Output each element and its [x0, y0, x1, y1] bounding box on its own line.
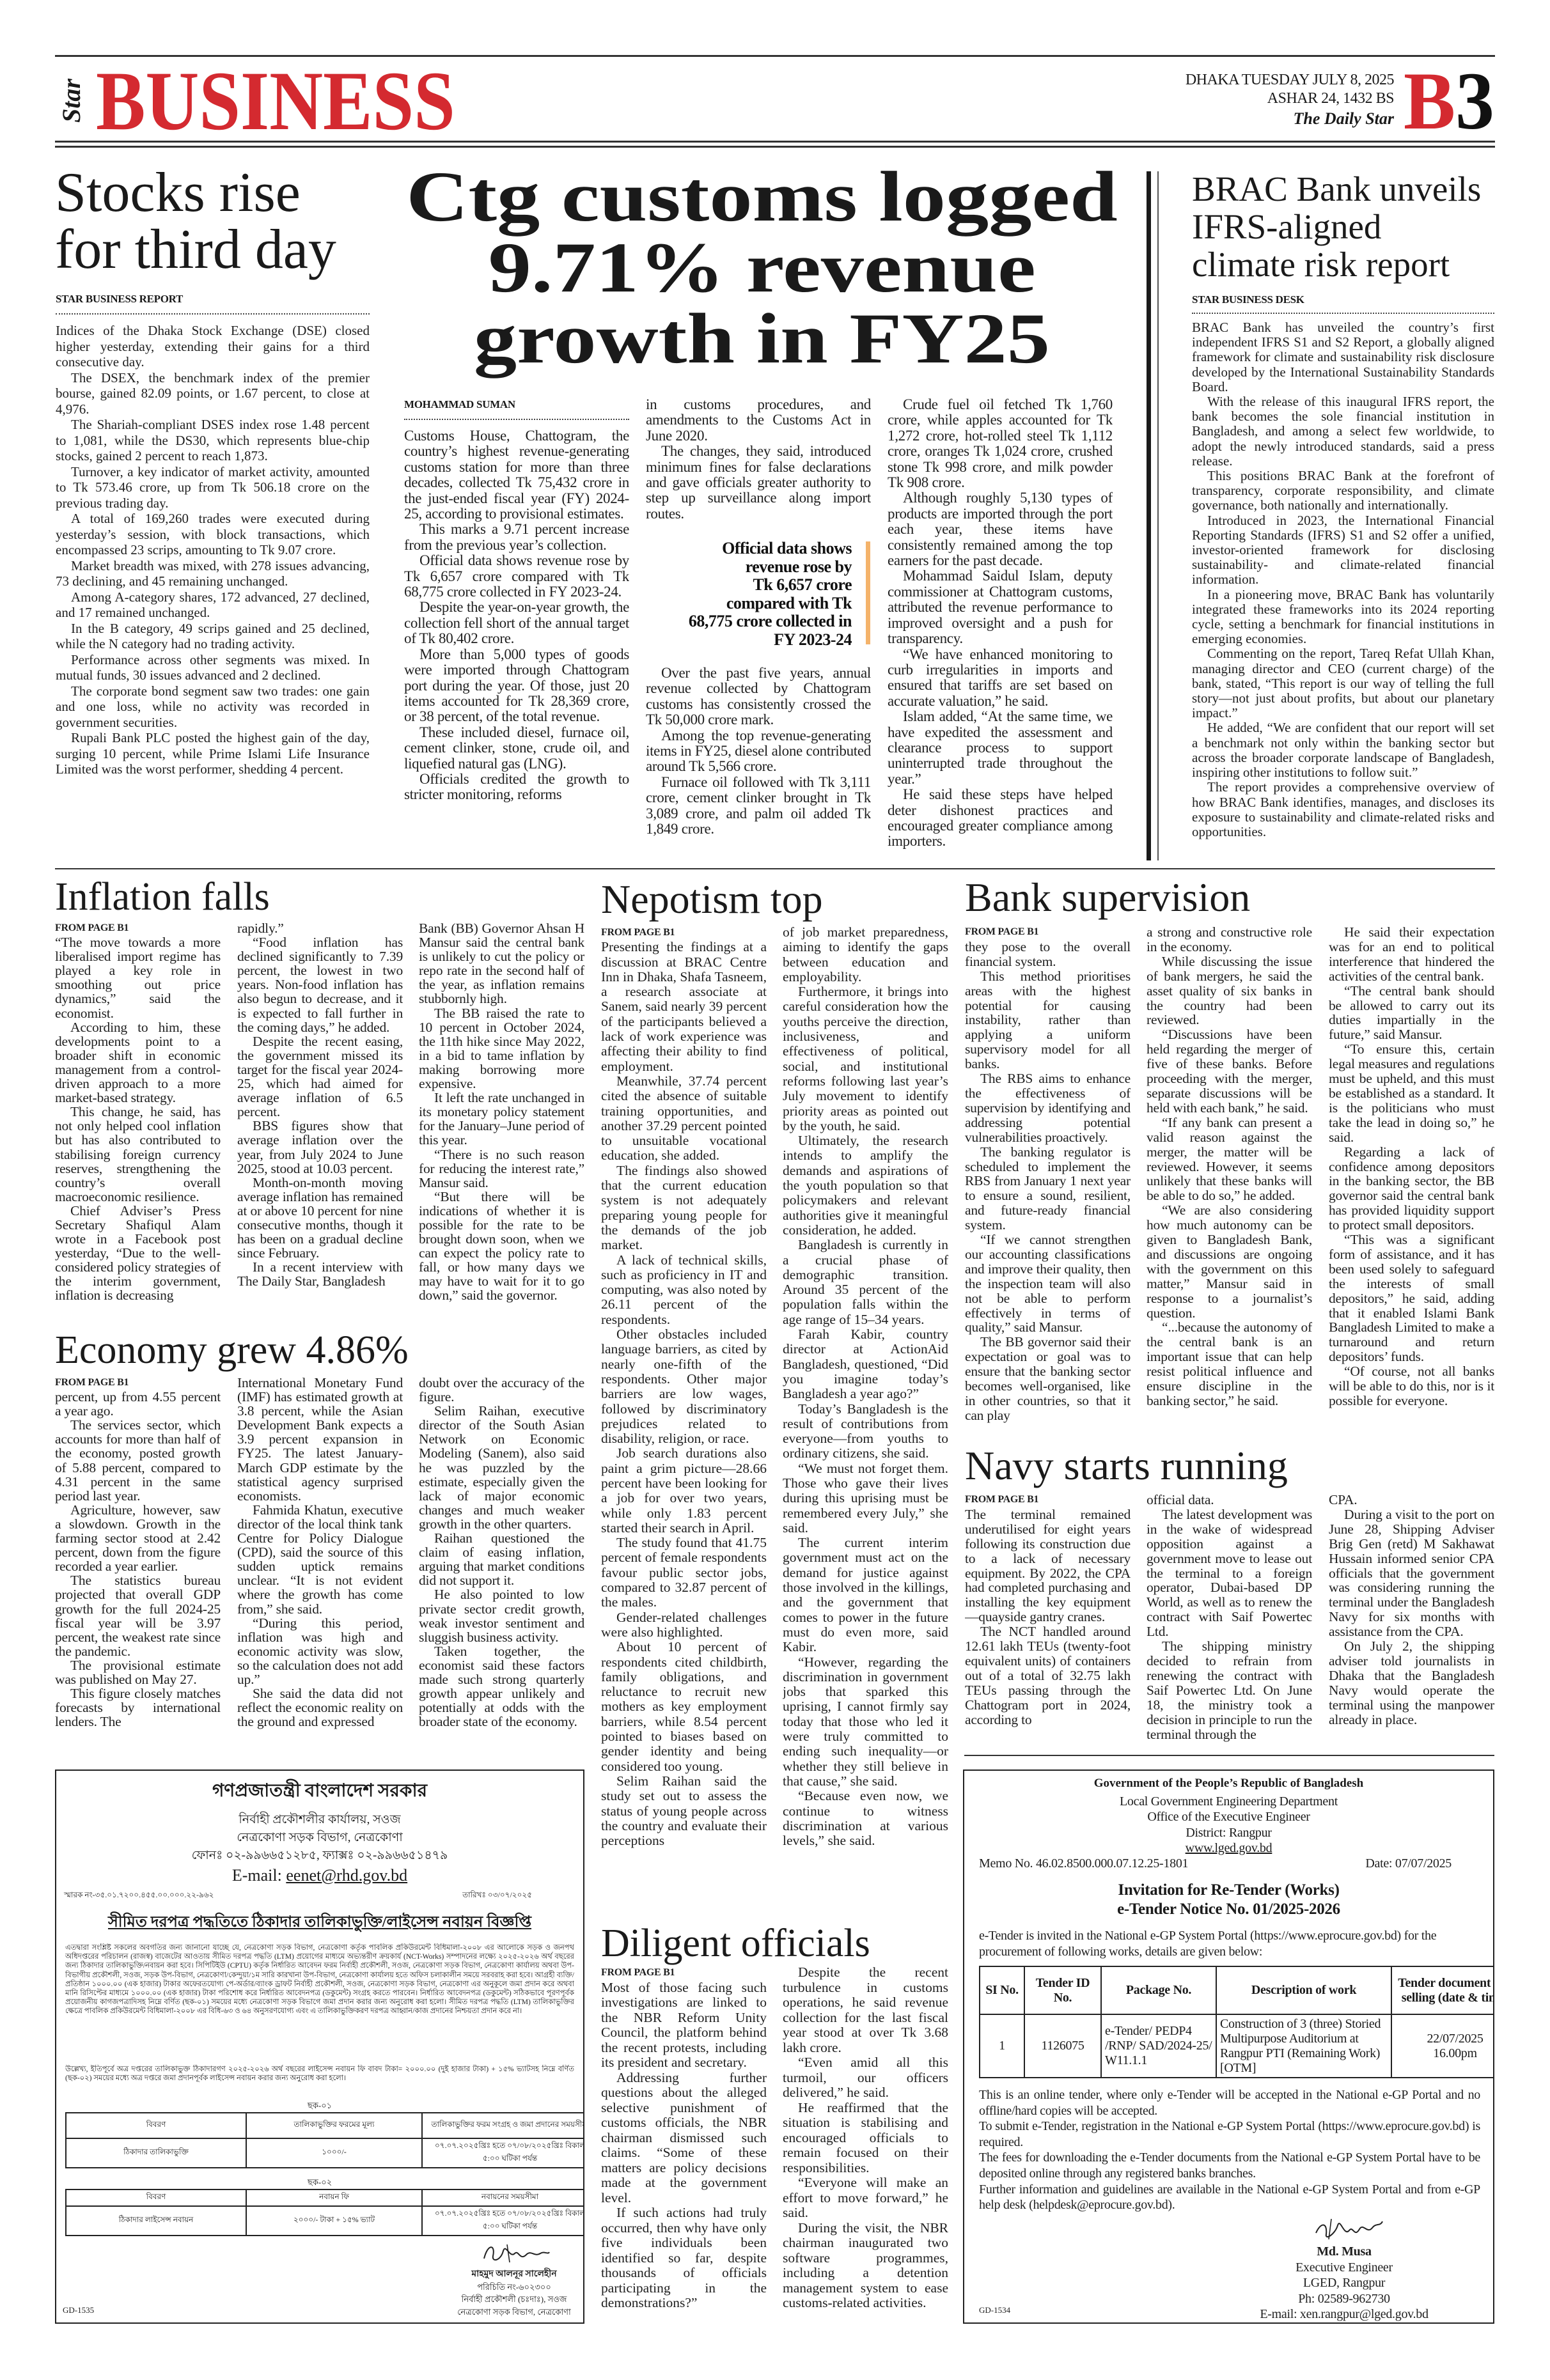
bangla-date: ASHAR 24, 1432 BS [1267, 91, 1394, 106]
article-column-1: FROM PAGE B1 Most of those facing such i… [601, 1965, 767, 2326]
paragraph: Bank (BB) Governor Ahsan H Mansur said t… [419, 921, 584, 1006]
paragraph: The statistics bureau projected that ove… [55, 1573, 221, 1658]
dotted-divider [404, 419, 629, 420]
table-header: নবায়ন ফি [246, 2189, 422, 2206]
ad-government: Government of the People’s Republic of B… [964, 1776, 1493, 1791]
signatory-designation: নির্বাহী প্রকৌশলী (চঃদাঃ), সওজ [450, 2293, 578, 2306]
headline-stocks: Stocks rise for third day [55, 164, 336, 278]
table-cell: ঠিকাদার তালিকাভুক্তি [66, 2138, 246, 2168]
article-column-2: of job market preparedness, aiming to id… [783, 925, 948, 1909]
headline-text: 9.71% revenue [488, 233, 1035, 304]
headline-ctg-customs: Ctg customs logged 9.71% revenue growth … [396, 162, 1127, 375]
email-address: eenet@rhd.gov.bd [286, 1866, 407, 1885]
ad-office: নির্বাহী প্রকৌশলীর কার্যালয়, সওজ [56, 1812, 583, 1828]
headline-nepotism: Nepotism top [601, 879, 823, 920]
paragraph: CPA. [1329, 1493, 1494, 1507]
paragraph: The Shariah-compliant DSES index rose 1.… [56, 417, 370, 464]
headline-line: Stocks rise [55, 164, 336, 221]
table-header: Tender document last selling (date & tim… [1391, 1966, 1494, 2014]
ad-date: তারিখঃ ০৩/০৭/২০২৫ [462, 1890, 532, 1900]
table-header: তালিকাভুক্তির ফরম সংগ্রহ ও জমা প্রদানের … [422, 2113, 584, 2138]
paragraph: The findings also showed that the curren… [601, 1163, 767, 1253]
article-column-2-bottom: Over the past five years, annual revenue… [646, 665, 871, 857]
paragraph: “However, regarding the discrimination i… [783, 1655, 948, 1789]
last-selling-time: 16.00pm [1395, 2046, 1494, 2061]
paragraph: rapidly.” [237, 921, 403, 935]
table-header: বিবরণ [66, 2189, 246, 2206]
article-column-3: CPA. During a visit to the port on June … [1329, 1493, 1494, 1747]
section-divider [55, 868, 1495, 869]
paragraph: Taken together, the economist said these… [419, 1644, 584, 1729]
paragraph: The BB governor said their expectation o… [965, 1335, 1131, 1422]
paragraph: The current interim government must act … [783, 1536, 948, 1654]
article-column-3: doubt over the accuracy of the figure. S… [419, 1376, 584, 1737]
article-column-1: FROM PAGE B1 “The move towards a more li… [55, 921, 221, 1321]
headline-text: Ctg customs logged [406, 162, 1117, 233]
signatory-name: Md. Musa [1216, 2244, 1472, 2260]
paragraph: Chief Adviser’s Press Secretary Shafiqul… [55, 1204, 221, 1303]
headline-economy: Economy grew 4.86% [55, 1330, 409, 1371]
headline-line: for third day [55, 221, 336, 278]
signatory-block: Md. Musa Executive Engineer LGED, Rangpu… [1216, 2244, 1472, 2322]
paragraph: While discussing the issue of bank merge… [1147, 954, 1312, 1028]
ad-division: নেত্রকোণা সড়ক বিভাগ, নেত্রকোণা [56, 1830, 583, 1846]
star-script-logo: Star [55, 72, 88, 130]
paragraph: Despite the recent turbulence in customs… [783, 1965, 948, 2055]
paragraph: These included diesel, furnace oil, ceme… [404, 725, 629, 772]
ad-note: To submit e-Tender, registration in the … [979, 2119, 1480, 2150]
article-body-stocks: Indices of the Dhaka Stock Exchange (DSE… [56, 323, 370, 860]
headline-navy: Navy starts running [965, 1445, 1288, 1486]
paragraph: Job search durations also paint a grim p… [601, 1446, 767, 1536]
ad-email: E-mail: eenet@rhd.gov.bd [56, 1867, 583, 1885]
headline-bank-supervision: Bank supervision [965, 877, 1250, 918]
paragraph: The terminal remained underutilised for … [965, 1507, 1131, 1624]
byline: MOHAMMAD SUMAN [404, 398, 515, 411]
paragraph: He said these steps have helped deter di… [888, 787, 1113, 850]
paragraph: Although roughly 5,130 types of products… [888, 490, 1113, 568]
paragraph: In a pioneering move, BRAC Bank has volu… [1192, 587, 1494, 647]
paragraph: This change, he said, has not only helpe… [55, 1105, 221, 1204]
ad-title: Invitation for Re-Tender (Works) [964, 1881, 1493, 1900]
paragraph: Officials credited the growth to stricte… [404, 772, 629, 803]
paragraph: Month-on-month moving average inflation … [237, 1176, 403, 1261]
paragraph: “Discussions have been held regarding th… [1147, 1027, 1312, 1115]
paragraph: Furnace oil followed with Tk 3,111 crore… [646, 775, 871, 837]
paragraph: The report provides a comprehensive over… [1192, 780, 1494, 839]
signatory-id: পরিচিতি নং-৬০২৩০০ [450, 2281, 578, 2294]
ad-title: গণপ্রজাতন্ত্রী বাংলাদেশ সরকার [56, 1781, 583, 1801]
paragraph: “Even amid all this turmoil, our officer… [783, 2055, 948, 2101]
signatory-block: মাহমুদ আলনূর সালেহীন পরিচিতি নং-৬০২৩০০ ন… [450, 2268, 578, 2318]
table-cell-tender-id: 1126075 [1024, 2014, 1101, 2078]
paragraph: This marks a 9.71 percent increase from … [404, 522, 629, 553]
paragraph: During the visit, the NBR chairman inaug… [783, 2221, 948, 2311]
article-column-1: FROM PAGE B1 percent, up from 4.55 perce… [55, 1376, 221, 1737]
ad-office: Office of the Executive Engineer [964, 1809, 1493, 1824]
paragraph: “...because the autonomy of the central … [1147, 1320, 1312, 1408]
signature [1312, 2215, 1386, 2242]
paragraph: Regarding a lack of confidence among dep… [1329, 1145, 1494, 1233]
paragraph: The RBS aims to enhance the effectivenes… [965, 1071, 1131, 1145]
headline-line: BRAC Bank unveils [1192, 170, 1481, 208]
paragraph: Meanwhile, 37.74 percent cited the absen… [601, 1074, 767, 1163]
article-column-1: FROM PAGE B1 they pose to the overall fi… [965, 925, 1131, 1442]
paragraph: Addressing further questions about the a… [601, 2071, 767, 2206]
paragraph: Official data shows revenue rose by Tk 6… [404, 553, 629, 600]
paragraph: “If any bank can present a valid reason … [1147, 1116, 1312, 1203]
table-caption: ছক-০২ [65, 2176, 574, 2189]
paragraph: “But there will be indications of whethe… [419, 1190, 584, 1303]
paragraph: The provisional estimate was published o… [55, 1658, 221, 1686]
ad-note: Further information and guidelines are a… [979, 2182, 1480, 2213]
paragraph: “There is no such reason for reducing th… [419, 1147, 584, 1190]
section-title: BUSINESS [96, 59, 455, 143]
paragraph: The study found that 41.75 percent of fe… [601, 1536, 767, 1610]
paragraph: Gender-related challenges were also high… [601, 1610, 767, 1640]
paragraph: In the B category, 49 scrips gained and … [56, 621, 370, 652]
table-header: Tender ID No. [1024, 1966, 1101, 2014]
paragraph: Crude fuel oil fetched Tk 1,760 crore, w… [888, 397, 1113, 490]
paragraph: Selim Raihan said the study set out to a… [601, 1774, 767, 1848]
headline-brac-bank: BRAC Bank unveils IFRS-aligned climate r… [1192, 170, 1481, 283]
headline-line: growth in FY25 [396, 304, 1127, 375]
signatory-office: নেত্রকোণা সড়ক বিভাগ, নেত্রকোণা [450, 2306, 578, 2319]
paragraph: Performance across other segments was mi… [56, 652, 370, 683]
ad-paragraph: উল্লেখ্য, ইতিপূর্বে অত্র দপ্তরের তালিকাভ… [65, 2065, 574, 2084]
last-selling-date: 22/07/2025 [1395, 2032, 1494, 2046]
dotted-divider [1192, 313, 1494, 314]
headline-text: growth in FY25 [474, 304, 1050, 375]
paragraph: “During this period, inflation was high … [237, 1616, 403, 1686]
paragraph: Farah Kabir, country director at ActionA… [783, 1327, 948, 1401]
paragraph: With the release of this inaugural IFRS … [1192, 394, 1494, 469]
paragraph: “Everyone will make an effort to move fo… [783, 2175, 948, 2221]
paragraph: The latest development was in the wake o… [1147, 1507, 1312, 1639]
ad-memo-number: Memo No. 46.02.8500.000.07.12.25-1801 [979, 1856, 1188, 1871]
article-column-3: He said their expectation was for an end… [1329, 925, 1494, 1442]
paragraph: Mohammad Saidul Islam, deputy commission… [888, 568, 1113, 646]
article-column-3: Crude fuel oil fetched Tk 1,760 crore, w… [888, 397, 1113, 859]
headline-line: 9.71% revenue [396, 233, 1127, 304]
table-cell: ১০০০/- [246, 2138, 422, 2168]
column-divider-thick [1147, 171, 1151, 860]
article-column-2: Despite the recent turbulence in customs… [783, 1965, 948, 2326]
signatory-name: মাহমুদ আলনূর সালেহীন [450, 2268, 578, 2281]
paragraph: “We are also considering how much autono… [1147, 1203, 1312, 1320]
paragraph: Most of those facing such investigations… [601, 1980, 767, 2071]
paragraph: The changes, they said, introduced minim… [646, 444, 871, 522]
paragraph: Rupali Bank PLC posted the highest gain … [56, 730, 370, 777]
ad-memo-number: স্মারক নং-৩৫.০১.৭২০০.৪৫৫.০০.০০০.২২-৯৬২ [64, 1890, 214, 1900]
page-digit: 3 [1455, 56, 1494, 146]
paragraph: Other obstacles included language barrie… [601, 1327, 767, 1446]
paragraph: Over the past five years, annual revenue… [646, 665, 871, 728]
article-column-1: FROM PAGE B1 The terminal remained under… [965, 1493, 1131, 1747]
advertisement-tender-notice: Government of the People’s Republic of B… [963, 1769, 1494, 2324]
paragraph: Commenting on the report, Tareq Refat Ul… [1192, 646, 1494, 720]
pull-quote-line: compared with Tk [646, 595, 852, 613]
paragraph: The banking regulator is scheduled to im… [965, 1145, 1131, 1233]
paragraph: “To ensure this, certain legal measures … [1329, 1042, 1494, 1144]
paragraph: Despite the year-on-year growth, the col… [404, 600, 629, 646]
paragraph: of job market preparedness, aiming to id… [783, 925, 948, 984]
paragraph: Presenting the findings at a discussion … [601, 940, 767, 1074]
table-header: নবায়নের সময়সীমা [422, 2189, 584, 2206]
ad-intro: e-Tender is invited in the National e-GP… [979, 1928, 1480, 1960]
advertisement-bengali-notice: গণপ্রজাতন্ত্রী বাংলাদেশ সরকার নির্বাহী প… [55, 1769, 584, 2324]
paragraph: A total of 169,260 trades were executed … [56, 511, 370, 558]
ad-code: GD-1534 [979, 2305, 1010, 2315]
paragraph: The NCT handled around 12.61 lakh TEUs (… [965, 1624, 1131, 1727]
paragraph: “Because even now, we continue to witnes… [783, 1789, 948, 1848]
paragraph: During a visit to the port on June 28, S… [1329, 1507, 1494, 1639]
paragraph: BRAC Bank has unveiled the country’s fir… [1192, 320, 1494, 394]
ad-table-enlistment: বিবরণ তালিকাভুক্তির ফরমের মূল্য তালিকাভু… [65, 2112, 584, 2168]
paragraph: This positions BRAC Bank at the forefron… [1192, 469, 1494, 513]
paragraph: He also pointed to low private sector cr… [419, 1587, 584, 1644]
paragraph: “If we cannot strengthen our accounting … [965, 1233, 1131, 1335]
jump-label: FROM PAGE B1 [55, 921, 221, 935]
jump-label: FROM PAGE B1 [965, 1493, 1131, 1507]
headline-line: IFRS-aligned [1192, 208, 1481, 245]
article-column-2: official data. The latest development wa… [1147, 1493, 1312, 1747]
byline: STAR BUSINESS REPORT [56, 293, 183, 306]
signatory-office: LGED, Rangpur [1216, 2275, 1472, 2291]
pull-quote-accent-bar [866, 541, 870, 644]
jump-label: FROM PAGE B1 [55, 1376, 221, 1390]
paragraph: According to him, these developments poi… [55, 1020, 221, 1105]
masthead-bottom-rule-2 [55, 146, 1495, 148]
table-cell-package: e-Tender/ PEDP4 /RNP/ SAD/2024-25/ W11.1… [1101, 2014, 1216, 2078]
headline-line: Ctg customs logged [396, 162, 1127, 233]
article-column-2: a strong and constructive role in the ec… [1147, 925, 1312, 1442]
paragraph: It left the rate unchanged in its moneta… [419, 1091, 584, 1147]
ad-notice-number: e-Tender Notice No. 01/2025-2026 [964, 1900, 1493, 1919]
paragraph: “We have enhanced monitoring to curb irr… [888, 647, 1113, 710]
newspaper-logo: The Daily Star [1294, 111, 1394, 127]
ad-website: www.lged.gov.bd [964, 1840, 1493, 1856]
headline-diligent: Diligent officials [601, 1923, 870, 1964]
ad-note: The fees for downloading the e-Tender do… [979, 2150, 1480, 2181]
pull-quote-line: Official data shows [646, 540, 852, 558]
paragraph: in customs procedures, and amendments to… [646, 397, 871, 444]
table-header: তালিকাভুক্তির ফরমের মূল্য [246, 2113, 422, 2138]
article-column-3: Bank (BB) Governor Ahsan H Mansur said t… [419, 921, 584, 1321]
pull-quote-line: Tk 6,657 crore [646, 576, 852, 595]
page-number: B3 [1404, 60, 1494, 142]
signatory-phone: Ph: 02589-962730 [1216, 2291, 1472, 2307]
paragraph: Customs House, Chattogram, the country’s… [404, 428, 629, 522]
paragraph: doubt over the accuracy of the figure. [419, 1376, 584, 1404]
masthead-bottom-rule-1 [55, 141, 1495, 143]
paragraph: A lack of technical skills, such as prof… [601, 1253, 767, 1327]
table-cell-last-selling: 22/07/2025 16.00pm [1391, 2014, 1494, 2078]
table-cell: ০৭.০৭.২০২৫খ্রিঃ হতে ০৭/০৮/২০২৫খ্রিঃ বিকা… [422, 2138, 584, 2168]
pull-quote: Official data shows revenue rose by Tk 6… [646, 540, 852, 649]
paragraph: Despite the recent easing, the governmen… [237, 1034, 403, 1119]
paragraph: Bangladesh is currently in a crucial pha… [783, 1238, 948, 1327]
paragraph: Among the top revenue-generating items i… [646, 728, 871, 775]
table-cell: ২০০০/- টাকা + ১৫% ভ্যাট [246, 2206, 422, 2236]
section-divider [964, 1755, 1494, 1756]
ad-phone-fax: ফোনঃ ০২-৯৯৬৬৫১২৮৫, ফ্যাক্সঃ ০২-৯৯৬৬৫১৪৭৯ [56, 1848, 583, 1863]
tender-table: SI No. Tender ID No. Package No. Descrip… [979, 1966, 1494, 2078]
paragraph: Today’s Bangladesh is the result of cont… [783, 1402, 948, 1461]
paragraph: He added, “We are confident that our rep… [1192, 720, 1494, 780]
paragraph: Selim Raihan, executive director of the … [419, 1404, 584, 1531]
paragraph: Fahmida Khatun, executive director of th… [237, 1503, 403, 1616]
paragraph: She said the data did not reflect the ec… [237, 1686, 403, 1729]
ad-department: Local Government Engineering Department [964, 1794, 1493, 1809]
paragraph: Turnover, a key indicator of market acti… [56, 464, 370, 511]
email-label: E-mail: [232, 1866, 282, 1885]
table-header: Package No. [1101, 1966, 1216, 2014]
article-column-1: Customs House, Chattogram, the country’s… [404, 428, 629, 858]
byline: STAR BUSINESS DESK [1192, 293, 1304, 306]
paragraph: He said their expectation was for an end… [1329, 925, 1494, 984]
table-cell: ০৭.০৭.২০২৫খ্রিঃ হতে ০৭/০৮/২০২৫খ্রিঃ বিকা… [422, 2206, 584, 2236]
column-divider-thin [1157, 171, 1159, 860]
paragraph: percent, up from 4.55 percent a year ago… [55, 1390, 221, 1418]
article-column-2: International Monetary Fund (IMF) has es… [237, 1376, 403, 1737]
ad-date: Date: 07/07/2025 [1365, 1856, 1452, 1871]
paragraph: About 10 percent of respondents cited ch… [601, 1640, 767, 1774]
paragraph: “Of course, not all banks will be able t… [1329, 1364, 1494, 1408]
paragraph: Furthermore, it brings into careful cons… [783, 984, 948, 1133]
table-header: SI No. [980, 1966, 1024, 2014]
signatory-designation: Executive Engineer [1216, 2260, 1472, 2276]
paragraph: “We must not forget them. Those who gave… [783, 1461, 948, 1536]
article-column-1: FROM PAGE B1 Presenting the findings at … [601, 925, 767, 1909]
paragraph: On July 2, the shipping adviser told jou… [1329, 1639, 1494, 1727]
paragraph: Introduced in 2023, the International Fi… [1192, 513, 1494, 587]
pull-quote-line: revenue rose by [646, 558, 852, 577]
paragraph: “The central bank should be allowed to c… [1329, 984, 1494, 1043]
dateline: DHAKA TUESDAY JULY 8, 2025 [1186, 72, 1394, 88]
paragraph: The shipping ministry decided to refrain… [1147, 1639, 1312, 1741]
paragraph: In a recent interview with The Daily Sta… [237, 1260, 403, 1288]
paragraph: Agriculture, however, saw a slowdown. Gr… [55, 1503, 221, 1573]
paragraph: If such actions had truly occurred, then… [601, 2205, 767, 2311]
jump-label: FROM PAGE B1 [601, 1965, 767, 1980]
ad-note: This is an online tender, where only e-T… [979, 2087, 1480, 2119]
paragraph: Islam added, “At the same time, we have … [888, 709, 1113, 787]
signature [481, 2239, 552, 2266]
dotted-divider [56, 313, 370, 315]
jump-label: FROM PAGE B1 [965, 925, 1131, 940]
paragraph: The services sector, which accounts for … [55, 1418, 221, 1503]
headline-inflation: Inflation falls [55, 876, 270, 917]
ad-district: District: Rangpur [964, 1825, 1493, 1840]
paragraph: More than 5,000 types of goods were impo… [404, 647, 629, 725]
paragraph: He reaffirmed that the situation is stab… [783, 2101, 948, 2176]
paragraph: The corporate bond segment saw two trade… [56, 683, 370, 731]
paragraph: Indices of the Dhaka Stock Exchange (DSE… [56, 323, 370, 370]
jump-label: FROM PAGE B1 [601, 925, 767, 940]
paragraph: The BB raised the rate to 10 percent in … [419, 1006, 584, 1091]
ad-code: GD-1535 [63, 2305, 94, 2315]
paragraph: This figure closely matches forecasts by… [55, 1686, 221, 1729]
paragraph: “The move towards a more liberalised imp… [55, 935, 221, 1020]
article-column-2-top: in customs procedures, and amendments to… [646, 397, 871, 525]
paragraph: The DSEX, the benchmark index of the pre… [56, 370, 370, 417]
paragraph: This method prioritises areas with the h… [965, 969, 1131, 1071]
signatory-email: E-mail: xen.rangpur@lged.gov.bd [1216, 2306, 1472, 2322]
paragraph: BBS figures show that average inflation … [237, 1119, 403, 1175]
pull-quote-line: FY 2023-24 [646, 631, 852, 649]
page-letter: B [1404, 56, 1455, 146]
ad-notes: This is an online tender, where only e-T… [979, 2087, 1480, 2213]
paragraph: they pose to the overall financial syste… [965, 940, 1131, 969]
table-cell-sl: 1 [980, 2014, 1024, 2078]
paragraph: “This was a significant form of assistan… [1329, 1233, 1494, 1364]
paragraph: a strong and constructive role in the ec… [1147, 925, 1312, 954]
table-header: বিবরণ [66, 2113, 246, 2138]
paragraph: Ultimately, the research intends to ampl… [783, 1133, 948, 1238]
table-cell-description: Construction of 3 (three) Storied Multip… [1216, 2014, 1391, 2078]
table-header: Description of work [1216, 1966, 1391, 2014]
paragraph: Among A-category shares, 172 advanced, 2… [56, 589, 370, 621]
paragraph: International Monetary Fund (IMF) has es… [237, 1376, 403, 1503]
pull-quote-line: 68,775 crore collected in [646, 612, 852, 631]
table-caption: ছক-০১ [65, 2099, 574, 2112]
paragraph: Market breadth was mixed, with 278 issue… [56, 558, 370, 589]
headline-line: climate risk report [1192, 245, 1481, 283]
ad-table-renewal: বিবরণ নবায়ন ফি নবায়নের সময়সীমা ঠিকাদা… [65, 2189, 584, 2236]
ad-heading: সীমিত দরপত্র পদ্ধতিতে ঠিকাদার তালিকাভুক্… [56, 1913, 583, 1932]
table-cell: ঠিকাদার লাইসেন্স নবায়ন [66, 2206, 246, 2236]
ad-paragraph: এতদ্বারা সংশ্লিষ্ট সকলের অবগতির জন্য জান… [65, 1943, 574, 2039]
paragraph: Raihan questioned the claim of easing in… [419, 1531, 584, 1587]
article-column-2: rapidly.” “Food inflation has declined s… [237, 921, 403, 1321]
paragraph: official data. [1147, 1493, 1312, 1507]
paragraph: “Food inflation has declined significant… [237, 935, 403, 1034]
article-body-brac: BRAC Bank has unveiled the country’s fir… [1192, 320, 1494, 860]
